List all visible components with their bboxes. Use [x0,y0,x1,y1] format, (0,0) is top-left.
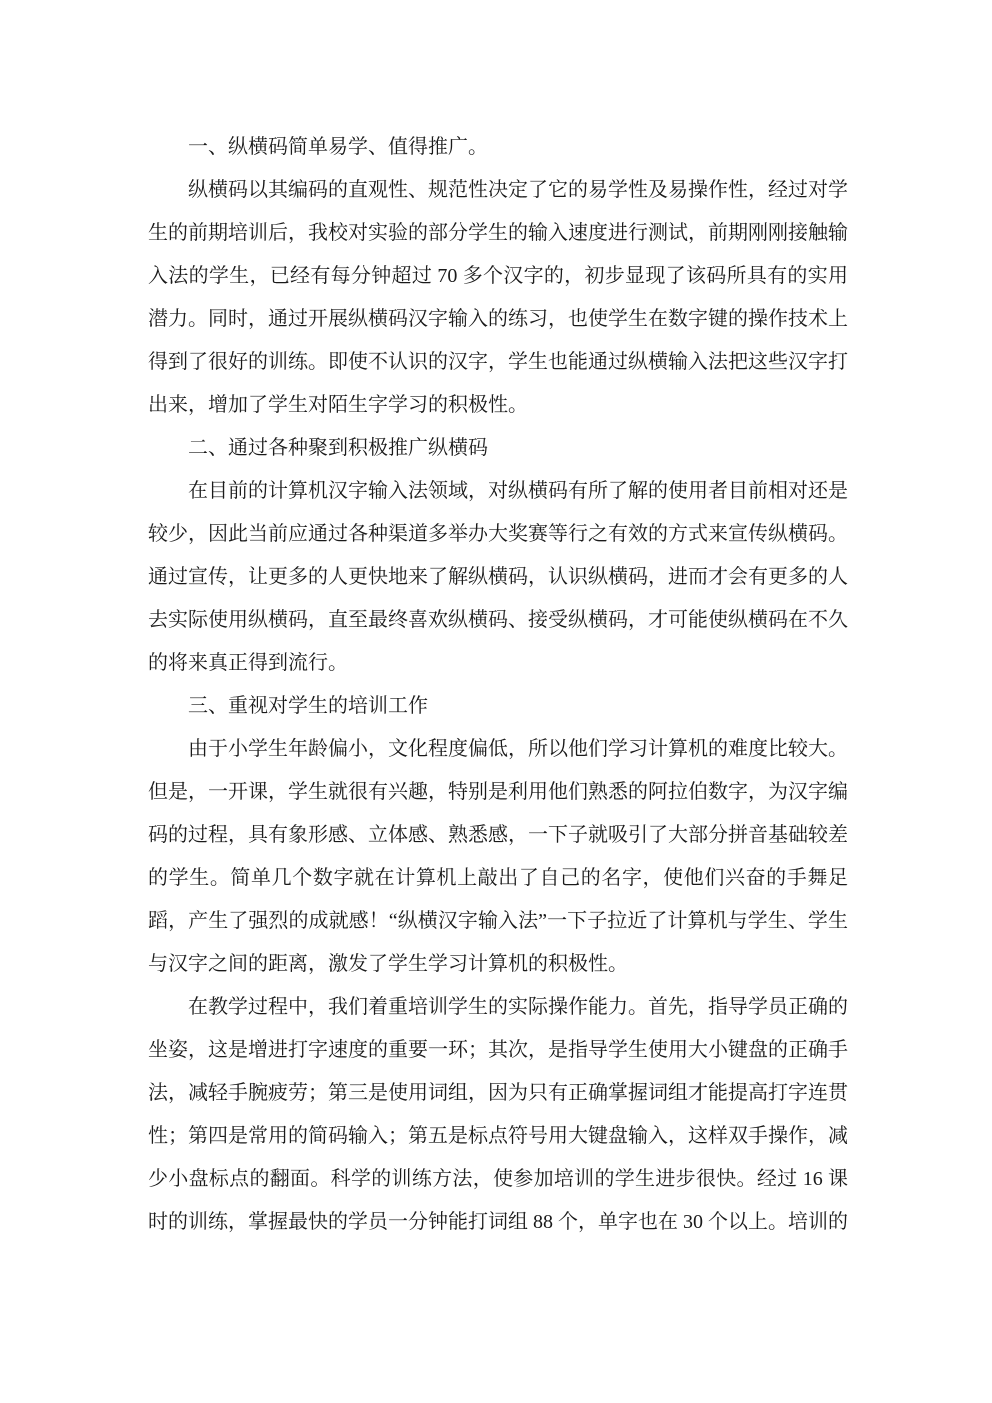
document-text-block: 一、纵横码简单易学、值得推广。 纵横码以其编码的直观性、规范性决定了它的易学性及… [148,126,848,1244]
section-2-paragraph: 在目前的计算机汉字输入法领域，对纵横码有所了解的使用者目前相对还是较少，因此当前… [148,470,848,685]
section-1-paragraph: 纵横码以其编码的直观性、规范性决定了它的易学性及易操作性，经过对学生的前期培训后… [148,169,848,427]
document-page: 一、纵横码简单易学、值得推广。 纵横码以其编码的直观性、规范性决定了它的易学性及… [0,0,992,1403]
section-3-paragraph-1: 由于小学生年龄偏小，文化程度偏低，所以他们学习计算机的难度比较大。但是，一开课，… [148,728,848,986]
section-heading-2: 二、通过各种聚到积极推广纵横码 [148,427,848,470]
section-heading-1: 一、纵横码简单易学、值得推广。 [148,126,848,169]
section-3-paragraph-2: 在教学过程中，我们着重培训学生的实际操作能力。首先，指导学员正确的坐姿，这是增进… [148,986,848,1244]
section-heading-3: 三、重视对学生的培训工作 [148,685,848,728]
